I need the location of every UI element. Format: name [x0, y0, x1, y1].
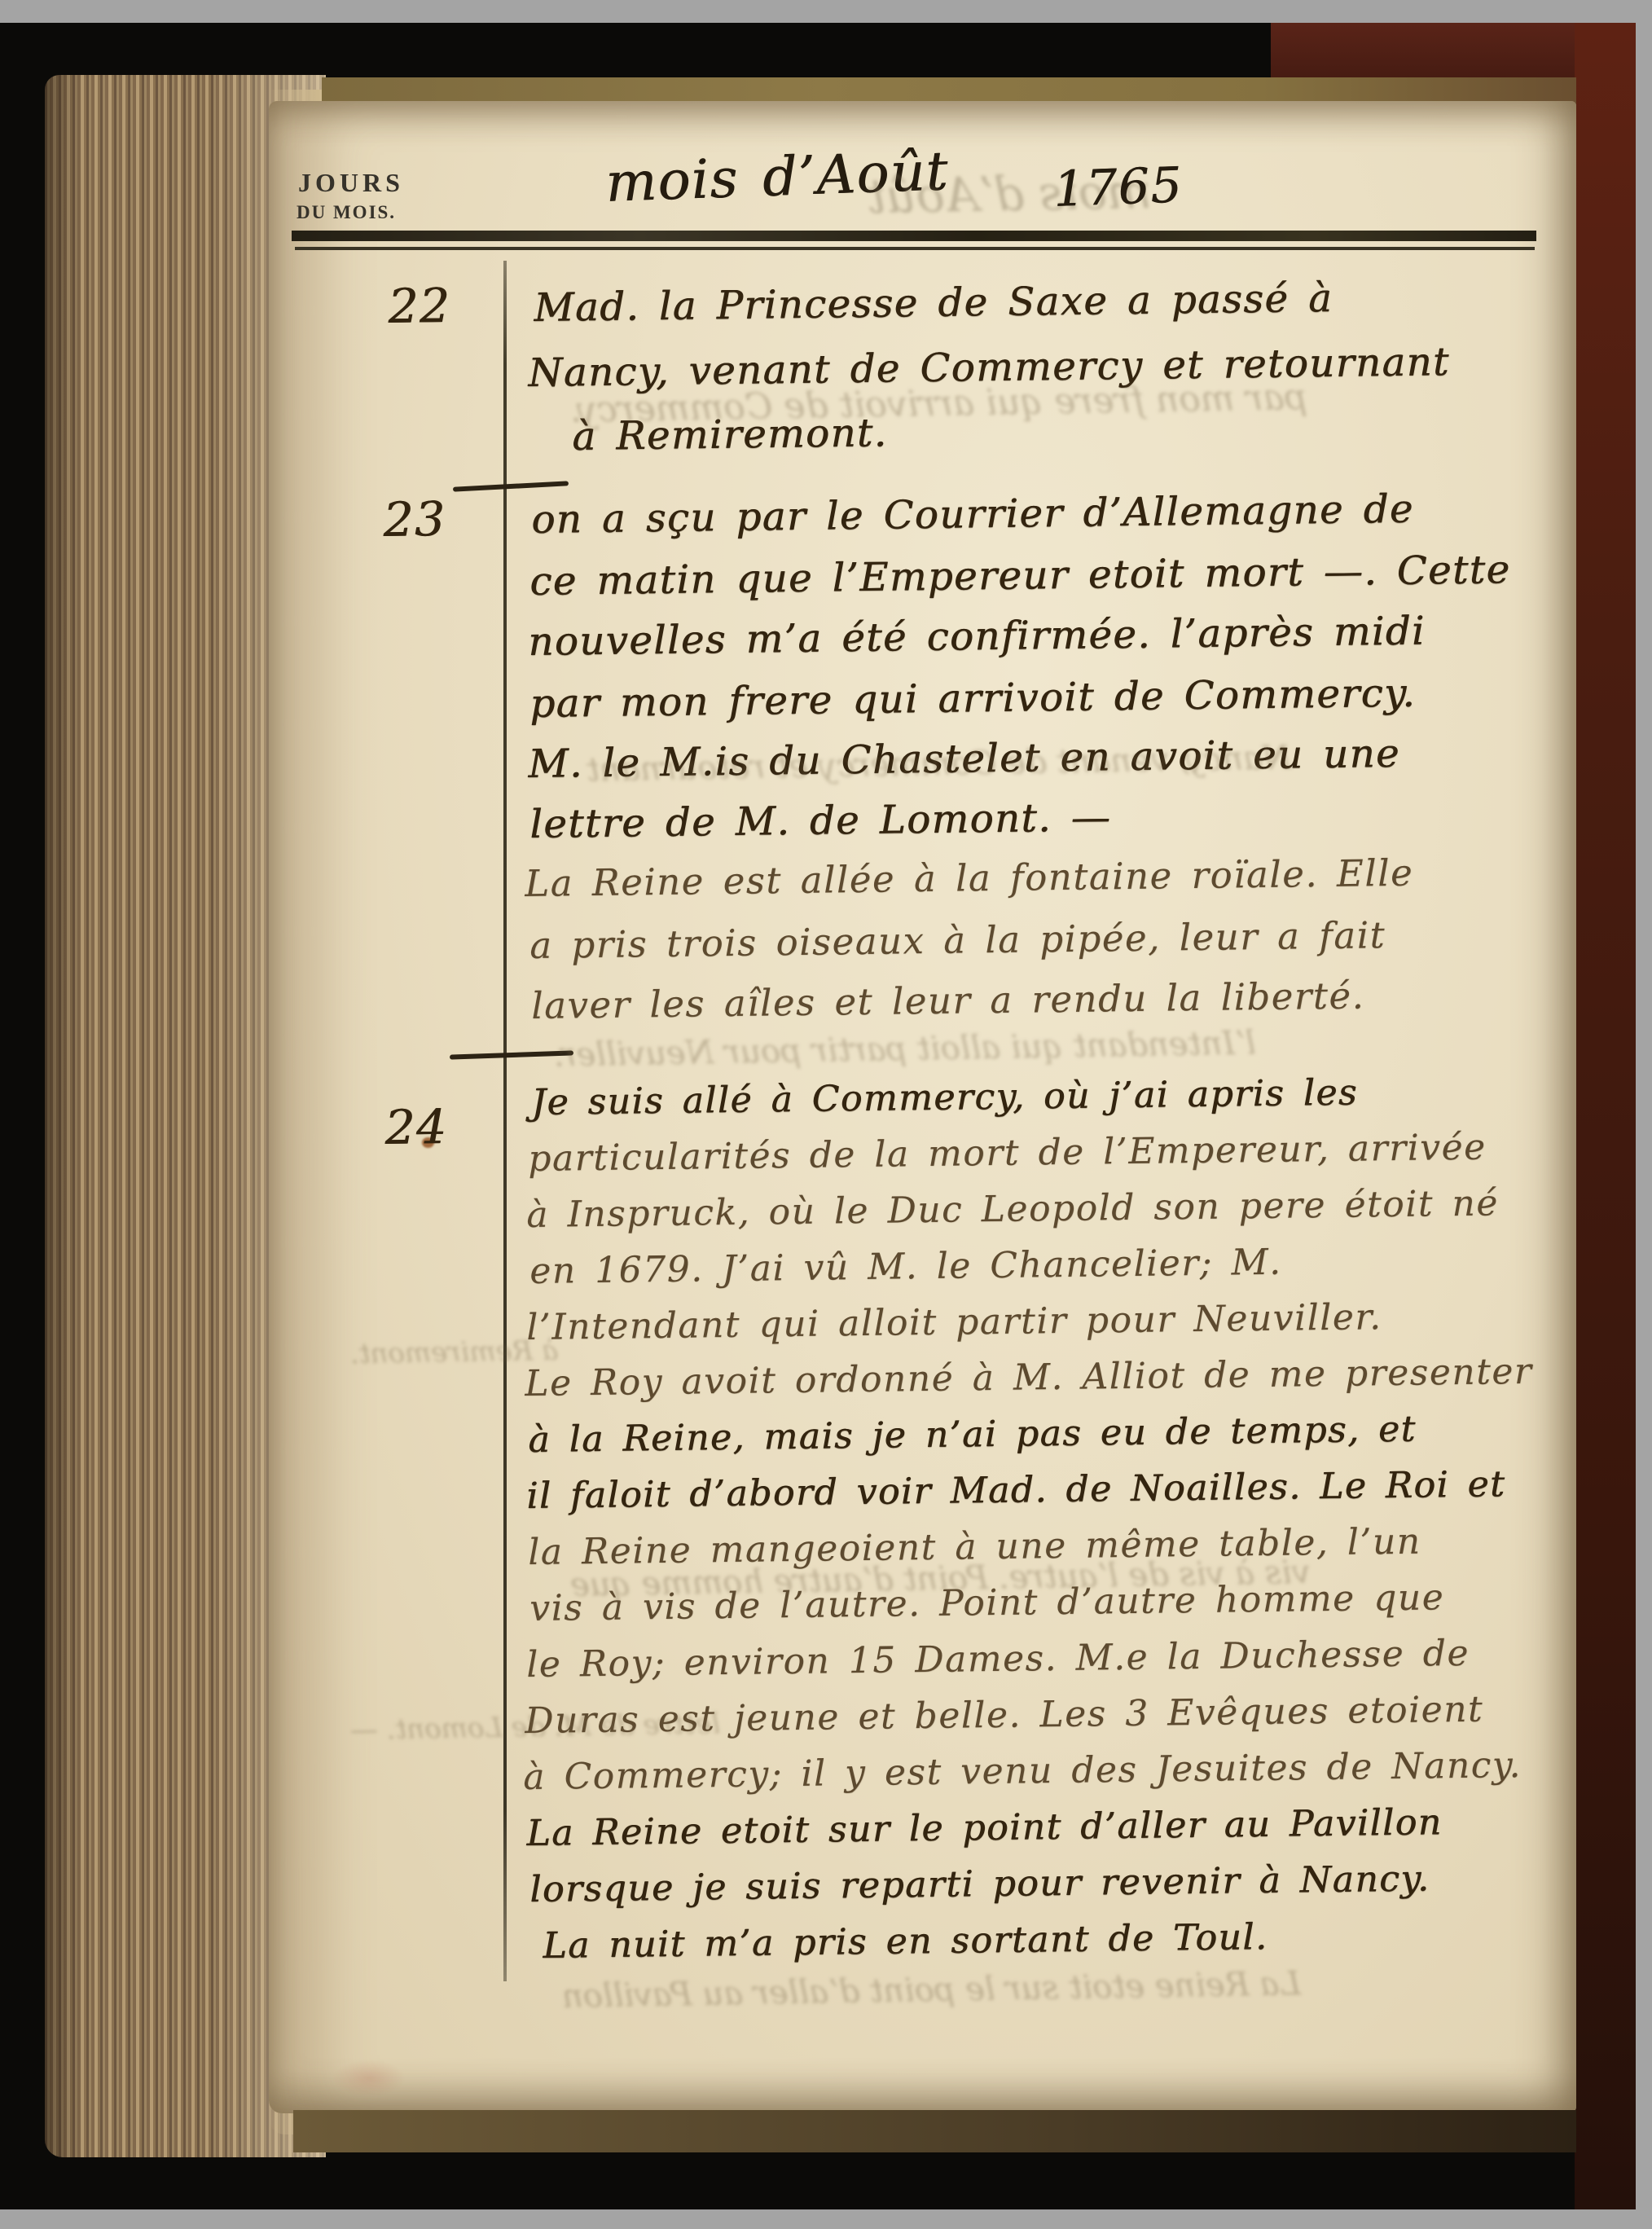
book-scan: JOURS DU MOIS. mois d’Août mois d’Août 1…: [0, 0, 1652, 2229]
printed-days-label-line1: JOURS: [298, 168, 404, 198]
header-rule-thick: [292, 231, 1536, 241]
entry-line: Mad. la Princesse de Saxe a passé à: [534, 275, 1333, 331]
bleedthrough-text: à Remiremont.: [350, 1334, 559, 1370]
day-number: 22: [388, 278, 451, 334]
entry-line: lettre de M. de Lomont. —: [529, 794, 1111, 847]
page-stain: [332, 2060, 406, 2097]
book-cover-right-edge: [1575, 23, 1636, 2209]
page-gutter-shading: [269, 101, 346, 2113]
year: 1765: [1052, 156, 1184, 218]
printed-days-label-line2: DU MOIS.: [297, 202, 396, 223]
day-number: 23: [383, 491, 446, 547]
bleedthrough-text: lettre de M. de Lomont. —: [350, 1708, 721, 1747]
page-block-bottom-edge: [293, 2110, 1576, 2152]
entry-line: La nuit m’a pris en sortant de Toul.: [543, 1916, 1268, 1967]
header-rule-thin: [295, 247, 1535, 250]
day-number: 24: [384, 1099, 448, 1155]
